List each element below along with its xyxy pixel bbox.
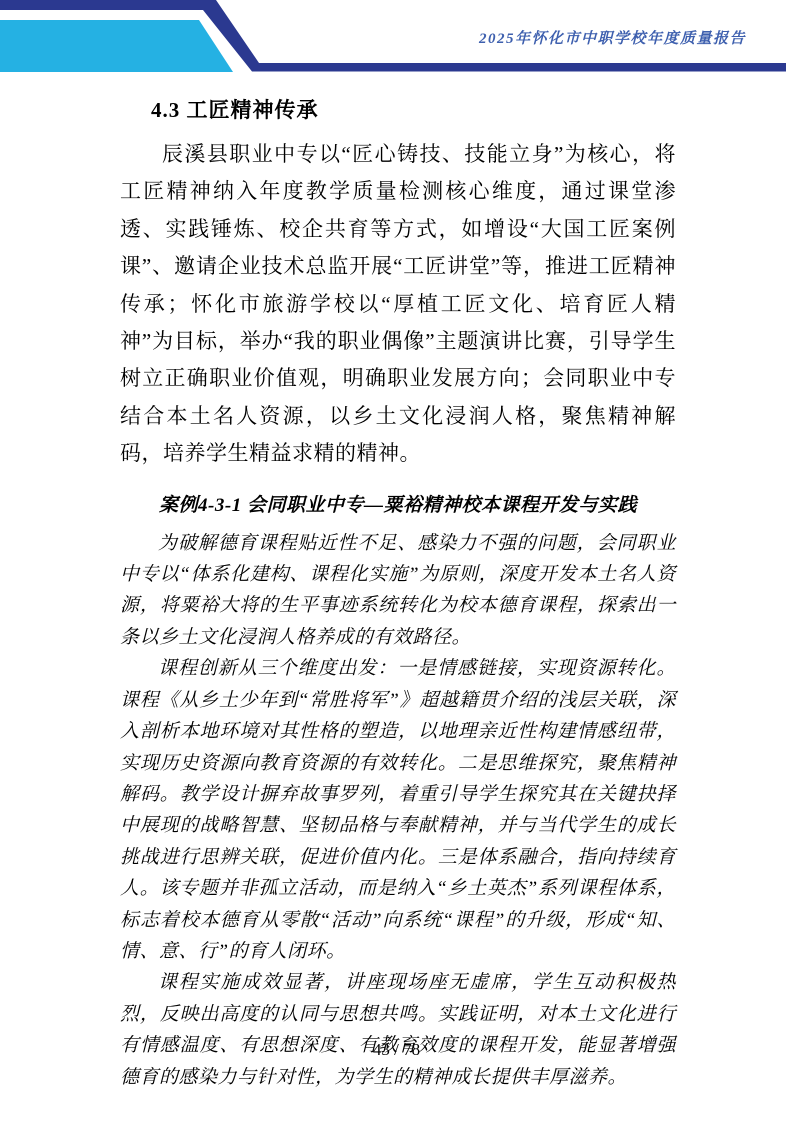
report-header-title: 2025年怀化市中职学校年度质量报告: [479, 27, 746, 48]
header-cyan-shape: [0, 20, 233, 72]
section-paragraph: 辰溪县职业中专以“匠心铸技、技能立身”为核心，将工匠精神纳入年度教学质量检测核心…: [120, 136, 676, 473]
case-study-paragraph-1: 为破解德育课程贴近性不足、感染力不强的问题，会同职业中专以“体系化建构、课程化实…: [120, 528, 676, 654]
case-study-paragraph-2: 课程创新从三个维度出发：一是情感链接，实现资源转化。课程《从乡土少年到“常胜将军…: [120, 653, 676, 967]
page-content: 4.3 工匠精神传承 辰溪县职业中专以“匠心铸技、技能立身”为核心，将工匠精神纳…: [120, 88, 676, 1093]
case-study-paragraph-3: 课程实施成效显著，讲座现场座无虚席，学生互动积极热烈，反映出高度的认同与思想共鸣…: [120, 967, 676, 1093]
page-number: 43 / 78: [0, 1040, 793, 1060]
page-header: 2025年怀化市中职学校年度质量报告: [0, 0, 793, 84]
section-heading: 4.3 工匠精神传承: [151, 94, 676, 124]
case-study-title: 案例4-3-1 会同职业中专—粟裕精神校本课程开发与实践: [120, 490, 676, 517]
